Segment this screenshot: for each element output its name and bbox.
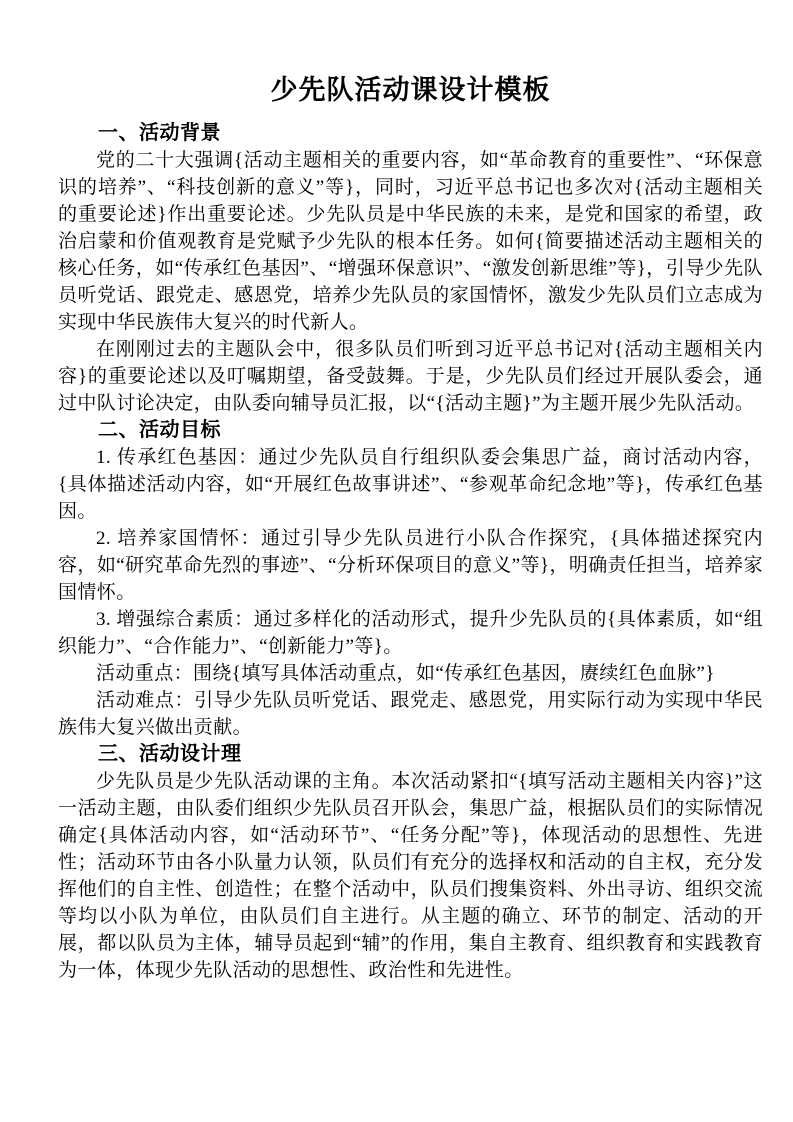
heading-activity-design: 三、活动设计理: [58, 741, 763, 768]
paragraph-goal-3: 3. 增强综合素质：通过多样化的活动形式，提升少先队员的{具体素质，如“组织能力…: [58, 606, 763, 660]
paragraph-background-2: 在刚刚过去的主题队会中，很多队员们听到习近平总书记对{活动主题相关内容}的重要论…: [58, 336, 763, 417]
heading-activity-background: 一、活动背景: [58, 120, 763, 147]
document-page: 少先队活动课设计模板 一、活动背景 党的二十大强调{活动主题相关的重要内容，如“…: [0, 0, 793, 1122]
paragraph-design-1: 少先队员是少先队活动课的主角。本次活动紧扣“{填写活动主题相关内容}”这一活动主…: [58, 768, 763, 984]
paragraph-goal-1: 1. 传承红色基因：通过少先队员自行组织队委会集思广益，商讨活动内容，{具体描述…: [58, 444, 763, 525]
paragraph-goal-2: 2. 培养家国情怀：通过引导少先队员进行小队合作探究，{具体描述探究内容，如“研…: [58, 525, 763, 606]
paragraph-activity-focus: 活动重点：围绕{填写具体活动重点，如“传承红色基因，赓续红色血脉”}: [58, 660, 763, 687]
paragraph-activity-difficulty: 活动难点：引导少先队员听党话、跟党走、感恩党，用实际行动为实现中华民族伟大复兴做…: [58, 687, 763, 741]
paragraph-background-1: 党的二十大强调{活动主题相关的重要内容，如“革命教育的重要性”、“环保意识的培养…: [58, 147, 763, 336]
document-title: 少先队活动课设计模板: [58, 74, 763, 108]
heading-activity-goals: 二、活动目标: [58, 417, 763, 444]
